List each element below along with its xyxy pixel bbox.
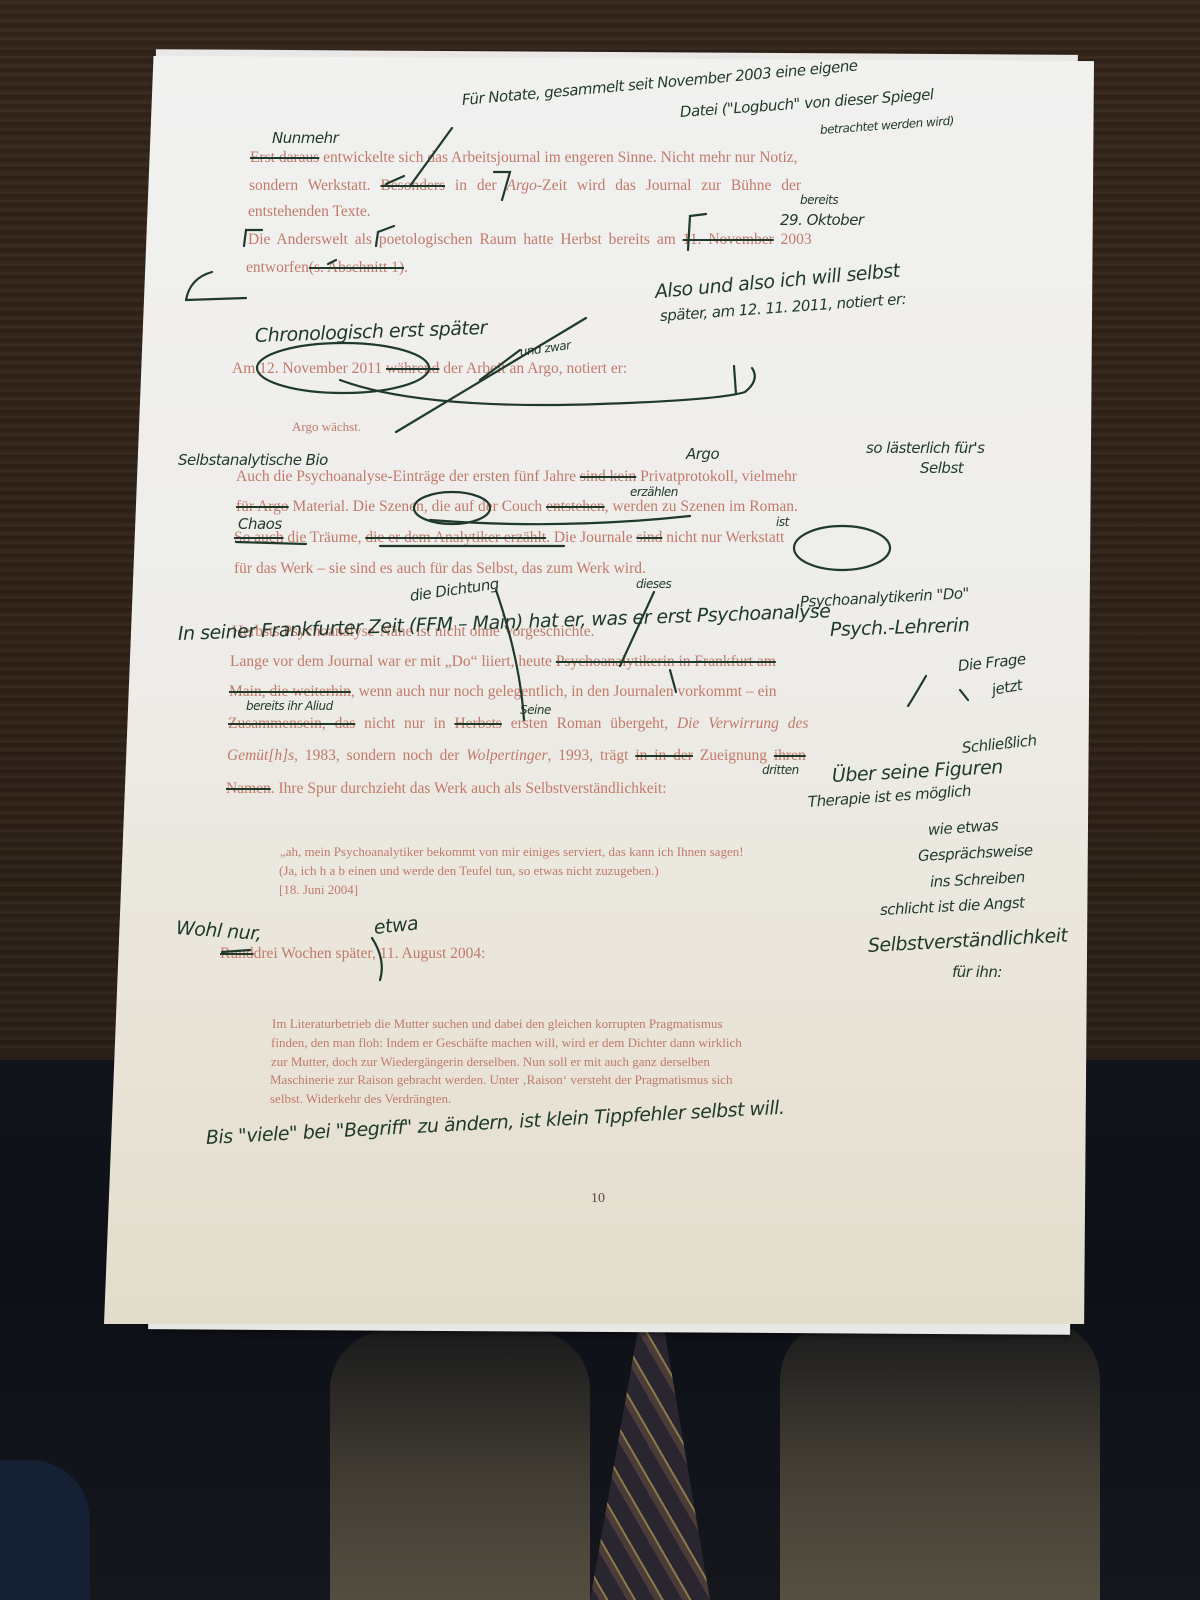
p5-line3: Main, die weiterhin, wenn auch nur noch …: [229, 684, 777, 700]
handnote-right-p5-13: für ihn:: [952, 964, 1002, 981]
p5-line4: Zusammensein, das nicht nur in Herbsts e…: [228, 716, 808, 732]
text: Die Anderswelt als poetologischen Raum h…: [248, 231, 676, 248]
struck-text: Herbsts: [454, 715, 501, 732]
text: . Die Journale: [546, 529, 633, 546]
trouser-left: [330, 1330, 590, 1600]
quote3-line5: selbst. Widerkehr des Verdrängten.: [270, 1092, 451, 1105]
text: drei Wochen später, 11. August 2004:: [254, 945, 486, 962]
italic-title: Gemüt[h]s: [227, 747, 294, 764]
handnote-dritten: dritten: [762, 764, 799, 778]
struck-text: entstehen: [546, 498, 605, 515]
struck-text: Main, die weiterhin: [229, 683, 351, 700]
p4-line2: für Argo Material. Die Szenen, die auf d…: [236, 499, 798, 515]
struck-text: in in der: [635, 747, 693, 764]
quote3-line2: finden, den man floh: Indem er Geschäfte…: [271, 1036, 742, 1049]
italic-title: Wolpertinger: [466, 747, 547, 764]
text: entworfen: [246, 259, 309, 276]
handnote-seine: Seine: [520, 704, 551, 718]
text: , 1983, sondern noch der: [294, 747, 459, 764]
italic-title: Argo: [507, 177, 537, 194]
struck-text: Besonders: [380, 177, 445, 194]
necktie: [590, 1330, 710, 1600]
struck-text: Psychoanalytikerin in Frankfurt am: [556, 653, 776, 670]
struck-text: während: [386, 360, 439, 377]
p4-line1: Auch die Psychoanalyse-Einträge der erst…: [236, 469, 797, 485]
struck-text: sind: [636, 529, 662, 546]
p5-line5: Gemüt[h]s, 1983, sondern noch der Wolper…: [227, 748, 806, 764]
p2-line2: entworfen(s. Abschnitt 1).: [246, 260, 408, 276]
quote2-line2: (Ja, ich h a b einen und werde den Teufe…: [279, 864, 659, 877]
quote3-line4: Maschinerie zur Raison gebracht werden. …: [270, 1073, 732, 1086]
handnote-right-p4-1: so lästerlich für's: [866, 440, 984, 457]
text: der Arbeit an Argo, notiert er:: [443, 360, 627, 377]
struck-text: 11. November: [683, 231, 774, 248]
handnote-dieses: dieses: [636, 578, 671, 592]
p5-line2: Lange vor dem Journal war er mit „Do“ li…: [230, 654, 776, 670]
text: . Ihre Spur durchzieht das Werk auch als…: [271, 780, 667, 797]
p1-line3: entstehenden Texte.: [248, 204, 371, 220]
struck-text: Zusammensein, das: [228, 715, 355, 732]
handnote-right-p4-2: Selbst: [920, 460, 963, 477]
struck-text: die er dem Analytiker erzählt: [365, 529, 546, 546]
text: nicht nur in: [364, 715, 445, 732]
p4-line3: So auch die Träume, die er dem Analytike…: [234, 530, 784, 546]
p1-line2: sondern Werkstatt. Besonders in der Argo…: [249, 178, 801, 194]
text: die Träume,: [287, 529, 361, 546]
trouser-right: [780, 1320, 1100, 1600]
text: Material. Die Szenen, die auf der Couch: [293, 498, 543, 515]
text: in der: [455, 177, 497, 194]
p5-line6: Namen. Ihre Spur durchzieht das Werk auc…: [226, 781, 667, 797]
page-number: 10: [591, 1191, 605, 1207]
text: Zueignung: [700, 747, 767, 764]
handnote-erzaehlen: erzählen: [630, 486, 678, 500]
p6-line1: Runddrei Wochen später, 11. August 2004:: [220, 946, 485, 962]
text: Lange vor dem Journal war er mit „Do“ li…: [230, 653, 552, 670]
handnote-date: 29. Oktober: [780, 212, 864, 229]
text: , wenn auch nur noch gelegentlich, in de…: [351, 683, 777, 700]
quote2-date: [18. Juni 2004]: [279, 883, 358, 896]
handnote-etwa: etwa: [373, 913, 419, 939]
p4-line4: für das Werk – sie sind es auch für das …: [234, 561, 646, 577]
text: sondern Werkstatt.: [249, 177, 371, 194]
quote-argo: Argo wächst.: [292, 420, 361, 433]
struck-text: ihren: [774, 747, 806, 764]
struck-text: Namen: [226, 780, 271, 797]
text: .: [404, 259, 408, 276]
quote2-line1: „ah, mein Psychoanalytiker bekommt von m…: [280, 845, 744, 858]
text: -Zeit wird das Journal zur Bühne der: [537, 177, 801, 194]
quote3-line3: zur Mutter, doch zur Wiedergängerin ders…: [271, 1055, 710, 1068]
text: nicht nur Werkstatt: [666, 529, 784, 546]
struck-text: für Argo: [236, 498, 289, 515]
text: Auch die Psychoanalyse-Einträge der erst…: [236, 468, 576, 485]
handnote-nunmehr: Nunmehr: [272, 130, 338, 147]
p2-line1: Die Anderswelt als poetologischen Raum h…: [248, 232, 812, 248]
sleeve: [0, 1460, 90, 1600]
struck-text: Erst daraus: [250, 149, 319, 166]
text: Am 12. November 2011: [232, 360, 382, 377]
text: entwickelte sich das Arbeitsjournal im e…: [323, 149, 797, 166]
handnote-chaos: Chaos: [238, 516, 282, 533]
text: , werden zu Szenen im Roman.: [605, 498, 798, 515]
text: 2003: [781, 231, 812, 248]
quote3-line1: Im Literaturbetrieb die Mutter suchen un…: [272, 1017, 723, 1030]
struck-text: (s. Abschnitt 1): [309, 259, 404, 276]
handnote-left-p4: Selbstanalytische Bio: [178, 452, 328, 469]
struck-text: sind kein: [580, 468, 636, 485]
text: Privatprotokoll, vielmehr: [640, 468, 797, 485]
p3-line1: Am 12. November 2011 während der Arbeit …: [232, 361, 627, 377]
handnote-bereits: bereits: [800, 194, 838, 208]
handnote-argo: Argo: [686, 446, 719, 463]
handnote-ist: ist: [776, 516, 789, 530]
p1-line1: Erst daraus entwickelte sich das Arbeits…: [250, 150, 798, 166]
struck-text: Rund: [220, 945, 254, 962]
text: , 1993, trägt: [548, 747, 629, 764]
italic-title: Die Verwirrung des: [677, 715, 808, 732]
handnote-bereits-ihr: bereits ihr Aliud: [246, 700, 333, 714]
